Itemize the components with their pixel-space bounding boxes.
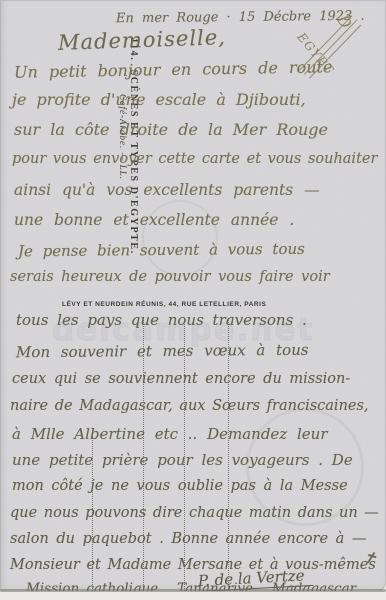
handwriting-line: Un petit bonjour en cours de route bbox=[14, 57, 333, 82]
scan-background-edge bbox=[0, 591, 386, 600]
handwriting-line: Mon souvenir et mes vœux à tous bbox=[16, 341, 309, 362]
handwritten-dateline: En mer Rouge · 15 Décbre 1923 . bbox=[116, 9, 365, 27]
handwriting-line: sur la côte droite de la Mer Rouge bbox=[14, 120, 328, 139]
handwriting-line: Monsieur et Madame Mersane et à vous-mêm… bbox=[10, 557, 376, 573]
publisher-imprint: LÉVY ET NEURDEIN RÉUNIS, 44, RUE LETELLI… bbox=[62, 301, 266, 308]
handwriting-line: une bonne et excellente année . bbox=[14, 211, 294, 229]
handwriting-line: que nous pouvons dire chaque matin dans … bbox=[10, 505, 379, 521]
handwriting-line: tous les pays que nous traversons . bbox=[16, 311, 307, 329]
handwriting-line: je profite d'une escale à Djibouti, bbox=[12, 90, 306, 109]
handwriting-line: naire de Madagascar, aux Sœurs francisca… bbox=[10, 398, 369, 414]
handwriting-line: mon côté je ne vous oublie pas à la Mess… bbox=[12, 478, 348, 494]
handwriting-line: serais heureux de pouvoir vous faire voi… bbox=[10, 269, 330, 285]
handwriting-line: une petite prière pour les voyageurs . D… bbox=[12, 451, 353, 469]
handwriting-line: ceux qui se souviennent encore du missio… bbox=[12, 371, 350, 387]
handwritten-salutation: Mademoiselle, bbox=[58, 25, 227, 55]
postcard-back: delcampe.net 114. SCÈNES ET TYPES D'EGYP… bbox=[0, 0, 386, 592]
handwriting-line: ainsi qu'à vos excellents parents — bbox=[14, 181, 320, 199]
cross-mark: ✝ bbox=[360, 546, 379, 568]
handwriting-line: Je pense bien souvent à vous tous bbox=[18, 240, 305, 261]
handwriting-line: salon du paquebot . Bonne année encore à… bbox=[10, 531, 366, 547]
paper-texture bbox=[0, 0, 386, 592]
postcard-scan: delcampe.net 114. SCÈNES ET TYPES D'EGYP… bbox=[0, 0, 386, 600]
handwriting-line: pour vous envoyer cette carte et vous so… bbox=[12, 151, 377, 167]
handwriting-line: à Mlle Albertine etc .. Demandez leur bbox=[12, 425, 327, 443]
